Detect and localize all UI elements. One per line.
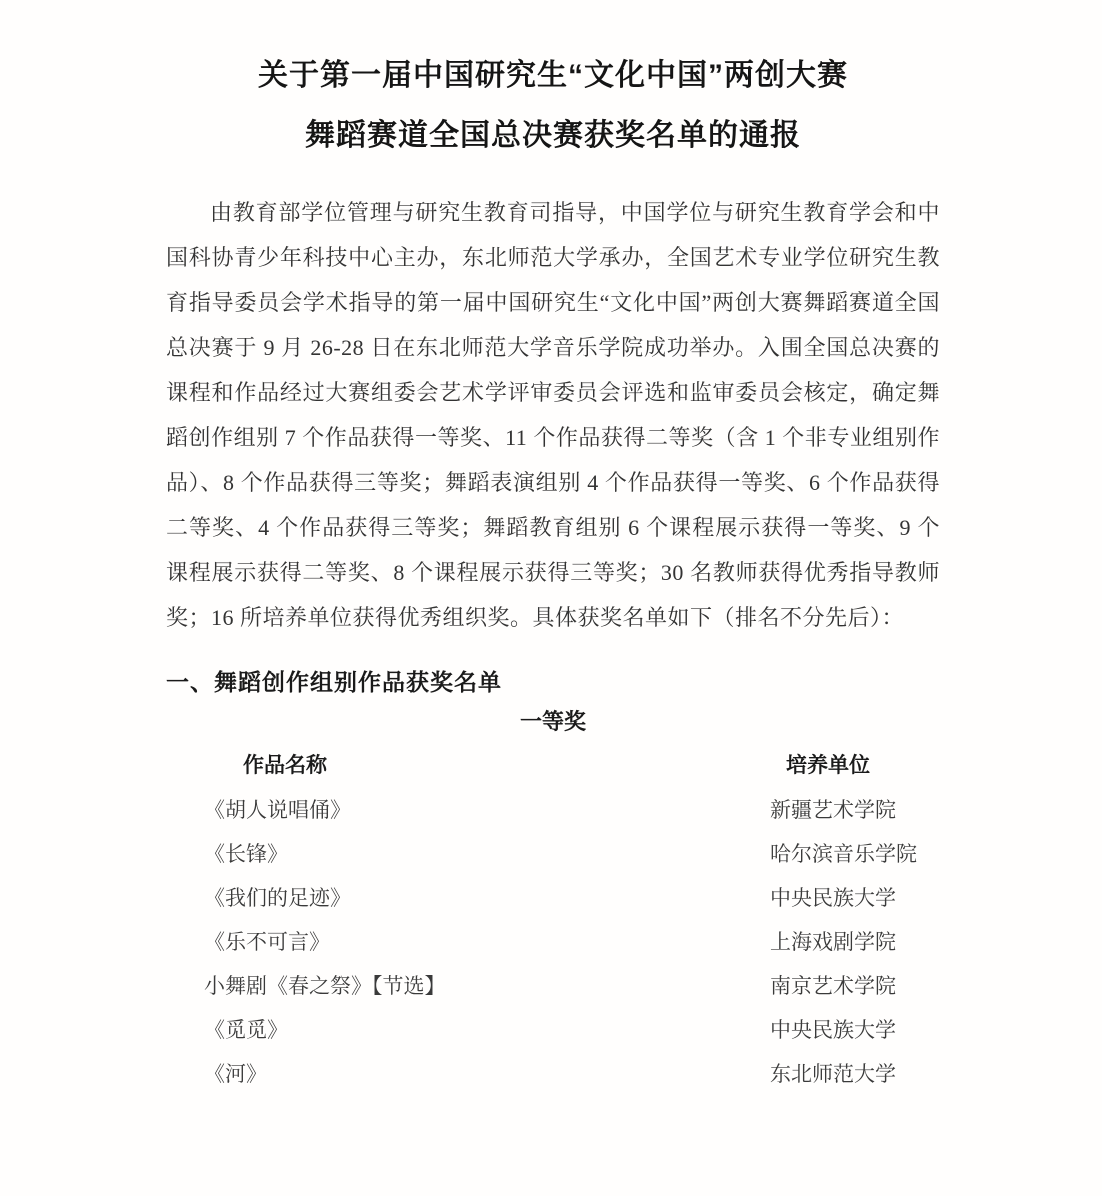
work-name: 《觅觅》: [166, 1008, 770, 1052]
training-unit: 南京艺术学院: [770, 964, 940, 1008]
training-unit: 中央民族大学: [770, 876, 940, 920]
training-unit: 东北师范大学: [770, 1052, 940, 1096]
document-title-line1: 关于第一届中国研究生“文化中国”两创大赛: [166, 46, 940, 106]
work-name: 《胡人说唱俑》: [166, 788, 770, 832]
table-row: 《河》 东北师范大学: [166, 1052, 940, 1096]
training-unit: 中央民族大学: [770, 1008, 940, 1052]
work-name: 《长锋》: [166, 832, 770, 876]
column-header-training-unit: 培养单位: [770, 744, 940, 788]
table-row: 《乐不可言》 上海戏剧学院: [166, 920, 940, 964]
intro-paragraph: 由教育部学位管理与研究生教育司指导，中国学位与研究生教育学会和中国科协青少年科技…: [166, 190, 940, 640]
work-name: 《我们的足迹》: [166, 876, 770, 920]
table-row: 小舞剧《春之祭》【节选】 南京艺术学院: [166, 964, 940, 1008]
table-body: 《胡人说唱俑》 新疆艺术学院 《长锋》 哈尔滨音乐学院 《我们的足迹》 中央民族…: [166, 788, 940, 1096]
work-name: 《河》: [166, 1052, 770, 1096]
table-header-row: 作品名称 培养单位: [166, 744, 940, 788]
work-name: 小舞剧《春之祭》【节选】: [166, 964, 770, 1008]
work-name: 《乐不可言》: [166, 920, 770, 964]
section-heading-dance-creation: 一、舞蹈创作组别作品获奖名单: [166, 662, 940, 702]
training-unit: 新疆艺术学院: [770, 788, 940, 832]
table-row: 《长锋》 哈尔滨音乐学院: [166, 832, 940, 876]
document-title-line2: 舞蹈赛道全国总决赛获奖名单的通报: [166, 106, 940, 166]
document-page: 关于第一届中国研究生“文化中国”两创大赛 舞蹈赛道全国总决赛获奖名单的通报 由教…: [0, 0, 1102, 1196]
training-unit: 上海戏剧学院: [770, 920, 940, 964]
table-row: 《我们的足迹》 中央民族大学: [166, 876, 940, 920]
column-header-work-name: 作品名称: [166, 744, 770, 788]
award-table: 作品名称 培养单位 《胡人说唱俑》 新疆艺术学院 《长锋》 哈尔滨音乐学院 《我…: [166, 744, 940, 1096]
table-row: 《胡人说唱俑》 新疆艺术学院: [166, 788, 940, 832]
table-row: 《觅觅》 中央民族大学: [166, 1008, 940, 1052]
award-level-heading: 一等奖: [166, 702, 940, 742]
document-title: 关于第一届中国研究生“文化中国”两创大赛 舞蹈赛道全国总决赛获奖名单的通报: [166, 46, 940, 166]
training-unit: 哈尔滨音乐学院: [770, 832, 940, 876]
